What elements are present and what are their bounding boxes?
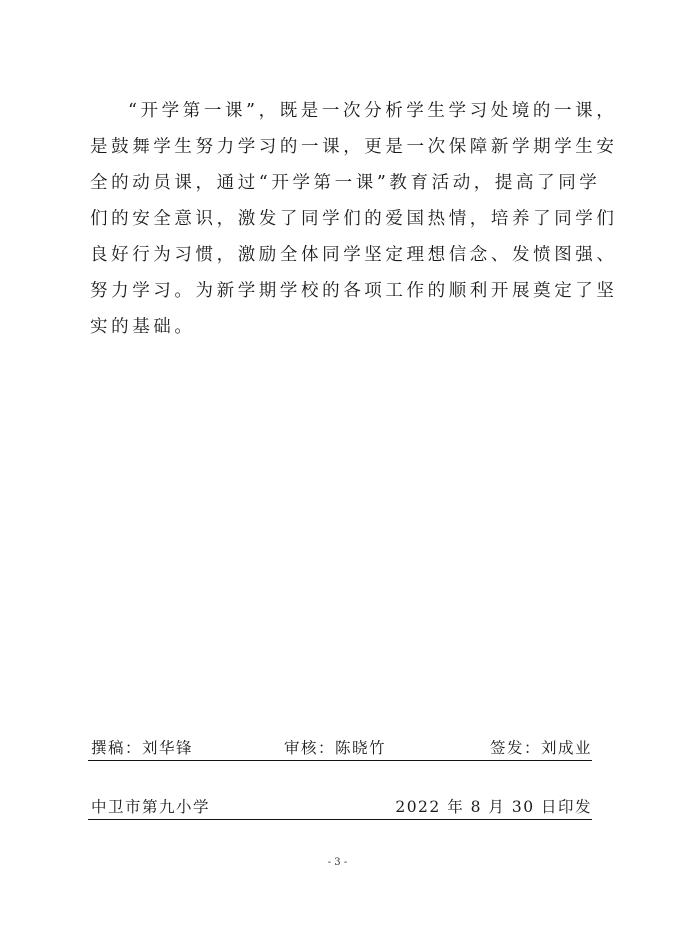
paragraph-line: 们的安全意识，激发了同学们的爱国热情，培养了同学们 (90, 201, 595, 237)
paragraph-line: 努力学习。为新学期学校的各项工作的顺利开展奠定了坚 (90, 273, 595, 309)
document-page: “开学第一课”，既是一次分析学生学习处境的一课， 是鼓舞学生努力学习的一课，更是… (0, 0, 675, 928)
issuer-label: 签发：刘成业 (490, 736, 592, 758)
organization-name: 中卫市第九小学 (91, 795, 210, 817)
paragraph-line: 全的动员课，通过“开学第一课”教育活动，提高了同学 (90, 165, 595, 201)
signature-row: 撰稿：刘华锋 审核：陈晓竹 签发：刘成业 (88, 733, 592, 761)
divider-line (88, 760, 592, 761)
paragraph-line: 良好行为习惯，激励全体同学坚定理想信念、发愤图强、 (90, 237, 595, 273)
paragraph-line: 实的基础。 (90, 309, 595, 345)
drafter-label: 撰稿：刘华锋 (91, 736, 193, 758)
reviewer-label: 审核：陈晓竹 (284, 736, 386, 758)
issuance-row: 中卫市第九小学 2022 年 8 月 30 日印发 (88, 792, 592, 820)
paragraph-line: “开学第一课”，既是一次分析学生学习处境的一课， (90, 93, 595, 129)
issue-date: 2022 年 8 月 30 日印发 (395, 795, 592, 817)
page-number: - 3 - (0, 857, 675, 868)
body-paragraph: “开学第一课”，既是一次分析学生学习处境的一课， 是鼓舞学生努力学习的一课，更是… (90, 93, 595, 345)
divider-line (88, 819, 592, 820)
paragraph-line: 是鼓舞学生努力学习的一课，更是一次保障新学期学生安 (90, 129, 595, 165)
